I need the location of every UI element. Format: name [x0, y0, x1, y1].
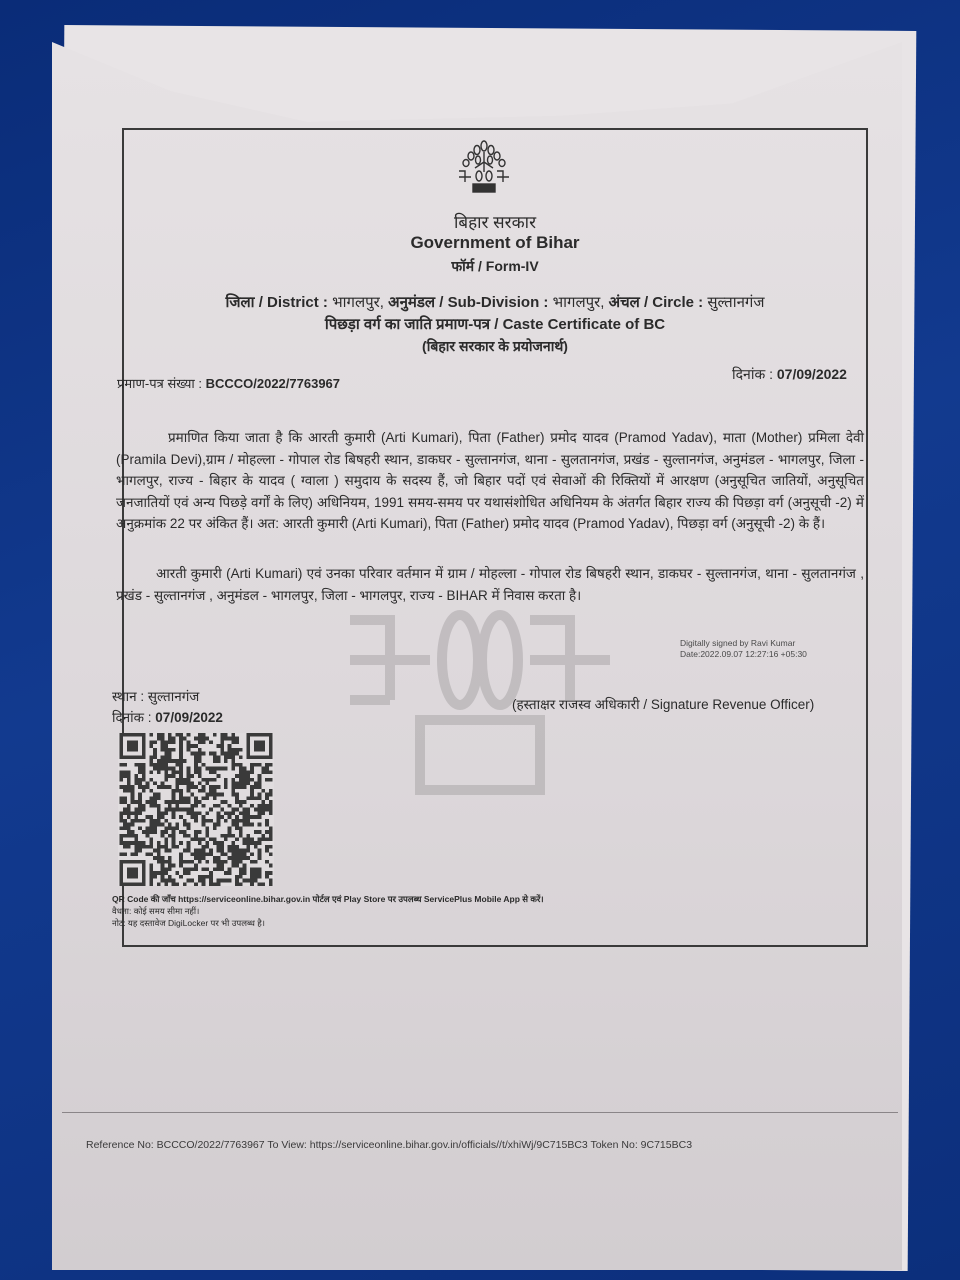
certificate-purpose: (बिहार सरकार के प्रयोजनार्थ) — [122, 337, 868, 356]
footer-divider — [62, 1112, 898, 1113]
signed-date-value: 07/09/2022 — [155, 710, 223, 725]
certificate-number: प्रमाण-पत्र संख्या : BCCCO/2022/7763967 — [117, 374, 340, 392]
location-line: जिला / District : भागलपुर, अनुमंडल / Sub… — [122, 292, 868, 312]
circle-label: अंचल / Circle : — [609, 294, 704, 311]
signed-date-label: दिनांक : — [112, 710, 152, 725]
bihar-emblem-icon — [453, 138, 515, 194]
district-label: जिला / District : — [225, 294, 327, 311]
issue-date-value: 07/09/2022 — [777, 366, 847, 382]
digital-signature: Digitally signed by Ravi Kumar Date:2022… — [680, 638, 807, 660]
subdivision-label: अनुमंडल / Sub-Division : — [388, 294, 548, 311]
validity-note: वैधता: कोई समय सीमा नहीं। — [112, 905, 544, 917]
issue-date: दिनांक : 07/09/2022 — [732, 365, 847, 384]
qr-verify-note: QR Code की जाँच https://serviceonline.bi… — [112, 893, 544, 905]
state-title-hindi: बिहार सरकार — [122, 210, 868, 233]
qr-code-icon[interactable] — [118, 733, 274, 886]
digilocker-note: नोट: यह दस्तावेज DigiLocker पर भी उपलब्ध… — [112, 917, 544, 929]
reference-footer: Reference No: BCCCO/2022/7763967 To View… — [86, 1139, 692, 1151]
subdivision-value: भागलपुर, — [553, 294, 605, 311]
place-value: सुल्तानगंज — [148, 689, 199, 704]
residence-paragraph: आरती कुमारी (Arti Kumari) एवं उनका परिवा… — [116, 563, 864, 606]
form-number: फॉर्म / Form-IV — [122, 257, 868, 276]
district-value: भागलपुर, — [332, 294, 384, 311]
certificate-title: पिछड़ा वर्ग का जाति प्रमाण-पत्र / Caste … — [122, 314, 868, 334]
certificate-number-label: प्रमाण-पत्र संख्या : — [117, 376, 202, 391]
signature-caption: (हस्ताक्षर राजस्व अधिकारी / Signature Re… — [512, 695, 814, 713]
qr-notes: QR Code की जाँच https://serviceonline.bi… — [112, 893, 544, 929]
emblem-watermark-icon — [330, 600, 630, 840]
place-label: स्थान : — [112, 689, 144, 704]
issue-date-label: दिनांक : — [732, 366, 773, 382]
circle-value: सुल्तानगंज — [707, 294, 764, 311]
state-title-english: Government of Bihar — [122, 233, 868, 253]
place-date-block: स्थान : सुल्तानगंज दिनांक : 07/09/2022 — [112, 686, 223, 728]
digital-signature-signer: Digitally signed by Ravi Kumar — [680, 638, 807, 649]
certificate-number-value: BCCCO/2022/7763967 — [206, 376, 340, 391]
digital-signature-date: Date:2022.09.07 12:27:16 +05:30 — [680, 649, 807, 660]
certification-paragraph: प्रमाणित किया जाता है कि आरती कुमारी (Ar… — [116, 427, 864, 535]
